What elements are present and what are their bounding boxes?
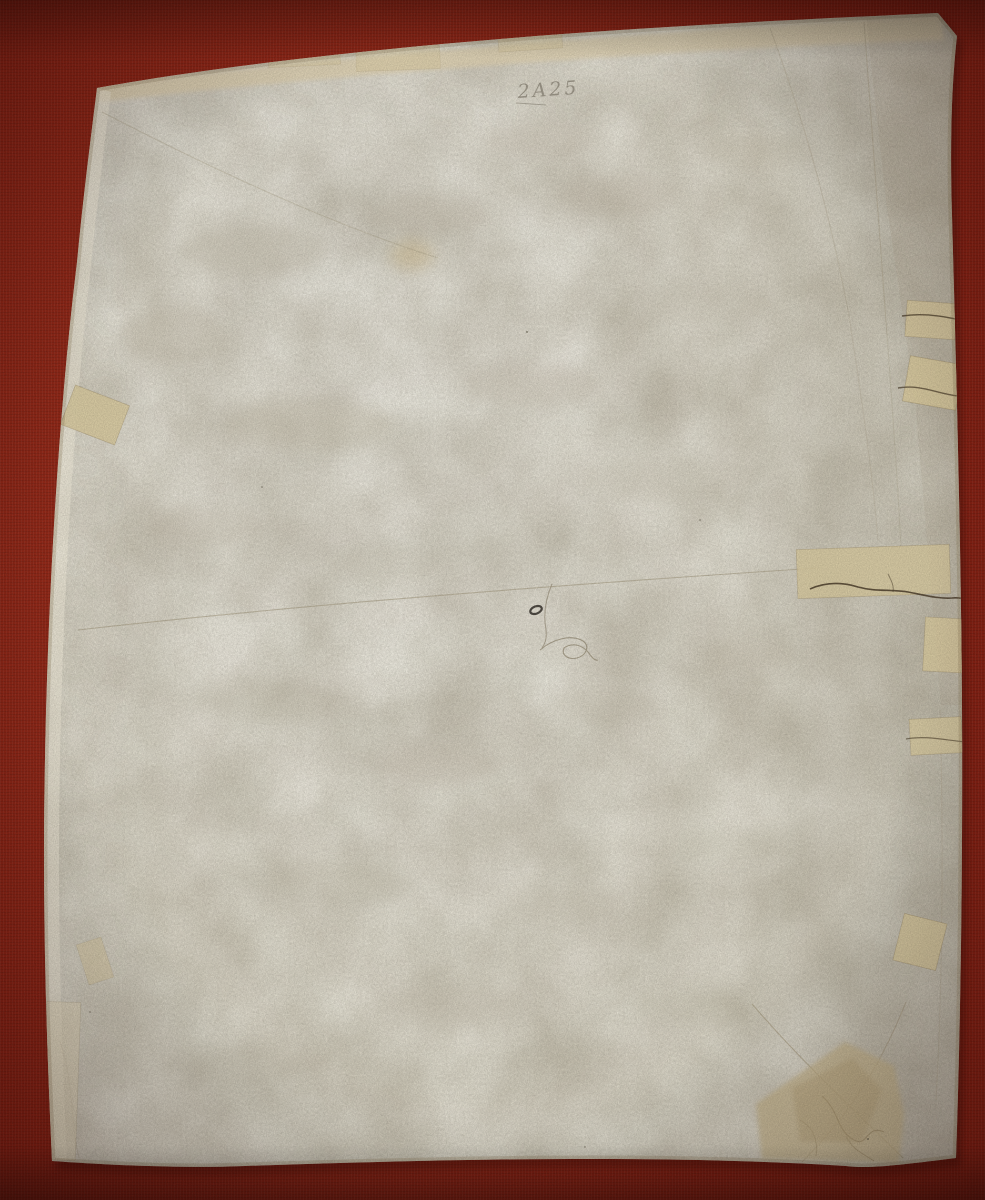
photo-canvas: 2A25 bbox=[0, 0, 985, 1200]
verso-photograph: 2A25 bbox=[0, 0, 985, 1200]
photo-grain bbox=[0, 0, 985, 1200]
